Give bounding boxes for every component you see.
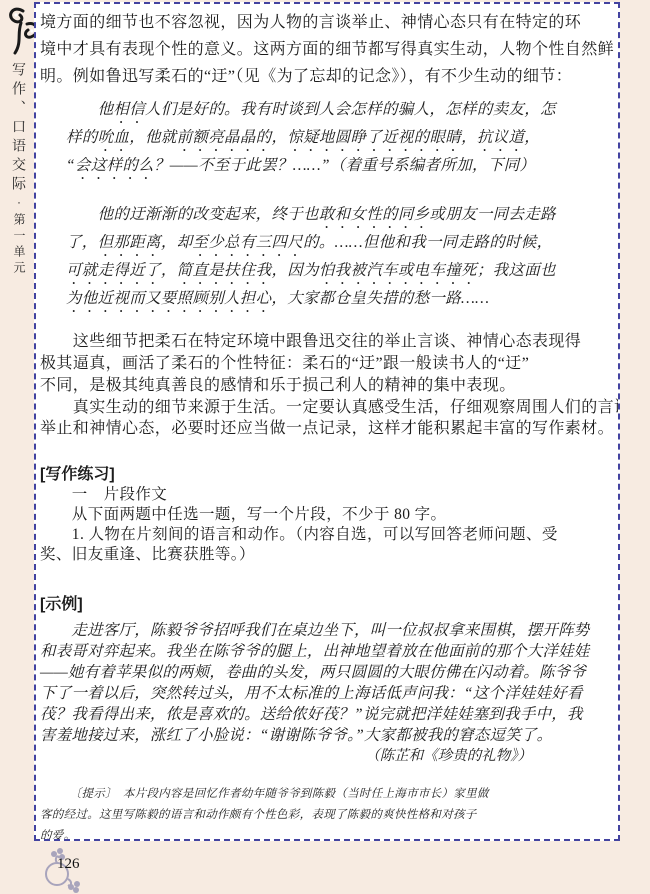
text-line: 〔提示〕 本片段内容是回忆作者幼年随爷爷到陈毅（当时任上海市市长）家里做 bbox=[40, 784, 610, 805]
quote-roushi-1: 他相信人们是好的。我有时谈到人会怎样的骗人，怎样的卖友，怎样的吮血，他就前额亮晶… bbox=[66, 99, 610, 183]
text-line: 1. 人物在片刻间的语言和动作。（内容自选，可以写回答老师问题、受 bbox=[40, 525, 610, 545]
text-line: 茷？我看得出来，侬是喜欢的。送给侬好茷？”说完就把洋娃娃塞到我手中，我 bbox=[40, 704, 610, 725]
practice-intro: 从下面两题中任选一题，写一个片段，不少于 80 字。 bbox=[40, 505, 610, 525]
text-line: 真实生动的细节来源于生活。一定要认真感受生活，仔细观察周围人们的言谈 bbox=[40, 397, 610, 418]
text-line: 举止和神情心态，必要时还应当做一点记录，这样才能积累起丰富的写作素材。 bbox=[40, 418, 610, 439]
section-header-writing-practice: [写作练习] bbox=[40, 465, 610, 485]
sidebar-unit-label-main: 写作、口语交际 bbox=[11, 62, 27, 195]
text-line: 他的迂渐渐的改变起来，终于也敢和女性的同乡或朋友一同去走路 bbox=[66, 204, 610, 232]
text-line: 下了一着以后，突然转过头，用不太标准的上海话低声问我：“这个洋娃娃好看 bbox=[40, 683, 610, 704]
sidebar-unit-label: 写作、口语交际·第一单元 bbox=[9, 62, 29, 277]
text-line: 走进客厅，陈毅爷爷招呼我们在桌边坐下，叫一位叔叔拿来围棋，摆开阵势 bbox=[40, 620, 610, 641]
sidebar-unit-label-sub: ·第一单元 bbox=[12, 195, 26, 277]
text-line: 极其逼真，画活了柔石的个性特征：柔石的“迂”跟一般读书人的“迂” bbox=[40, 353, 610, 375]
example-attribution: （陈芷和《珍贵的礼物》） bbox=[40, 746, 610, 767]
text-line: 他相信人们是好的。我有时谈到人会怎样的骗人，怎样的卖友，怎 bbox=[66, 99, 610, 127]
example-hint: 〔提示〕 本片段内容是回忆作者幼年随爷爷到陈毅（当时任上海市市长）家里做客的经过… bbox=[40, 784, 610, 841]
text-line: 了，但那距离，却至少总有三四尺的。……但他和我一同走路的时候， bbox=[66, 232, 610, 260]
paragraph-analysis: 这些细节把柔石在特定环境中跟鲁迅交往的举止言谈、神情心态表现得极其逼真，画活了柔… bbox=[40, 331, 610, 397]
text-line: 不同，是极其纯真善良的感情和乐于损己利人的精神的集中表现。 bbox=[40, 375, 610, 397]
paragraph-observe-life: 真实生动的细节来源于生活。一定要认真感受生活，仔细观察周围人们的言谈举止和神情心… bbox=[40, 397, 610, 439]
page-number: 126 bbox=[57, 856, 80, 873]
text-line: “会这样的么？——不至于此罢？……”（着重号系编者所加，下同） bbox=[66, 155, 610, 183]
text-line: 和表哥对弈起来。我坐在陈爷爷的腿上，出神地望着放在他面前的那个大洋娃娃 bbox=[40, 641, 610, 662]
text-line: 可就走得近了，简直是扶住我，因为怕我被汽车或电车撞死；我这面也 bbox=[66, 260, 610, 288]
content-sheet: 境方面的细节也不容忽视，因为人物的言谈举止、神情心态只有在特定的环境中才具有表现… bbox=[34, 2, 620, 841]
book-page: { "page": { "background_color": "#f7ebe1… bbox=[0, 0, 650, 894]
text-line: 的爱。 bbox=[40, 826, 610, 841]
text-line: 明。例如鲁迅写柔石的“迂”（见《为了忘却的记念》），有不少生动的细节： bbox=[40, 63, 610, 90]
text-line: 为他近视而又要照顾别人担心，大家都仓皇失措的愁一路…… bbox=[66, 288, 610, 316]
text-line: 害羞地接过来，涨红了小脸说：“谢谢陈爷爷。”大家都被我的窘态逗笑了。 bbox=[40, 725, 610, 746]
text-line: 这些细节把柔石在特定环境中跟鲁迅交往的举止言谈、神情心态表现得 bbox=[40, 331, 610, 353]
practice-subtitle: 一 片段作文 bbox=[40, 485, 610, 505]
text-line: 样的吮血，他就前额亮晶晶的，惊疑地圆睁了近视的眼睛，抗议道， bbox=[66, 127, 610, 155]
text-line: 境方面的细节也不容忽视，因为人物的言谈举止、神情心态只有在特定的环 bbox=[40, 9, 610, 36]
text-line: ——她有着苹果似的两颊，卷曲的头发，两只圆圆的大眼仿佛在闪动着。陈爷爷 bbox=[40, 662, 610, 683]
practice-item-1: 1. 人物在片刻间的语言和动作。（内容自选，可以写回答老师问题、受奖、旧友重逢、… bbox=[40, 525, 610, 565]
example-quote: 走进客厅，陈毅爷爷招呼我们在桌边坐下，叫一位叔叔拿来围棋，摆开阵势和表哥对弈起来… bbox=[40, 620, 610, 746]
writing-practice-block: 一 片段作文 从下面两题中任选一题，写一个片段，不少于 80 字。 1. 人物在… bbox=[40, 485, 610, 565]
section-header-example: [示例] bbox=[40, 595, 610, 615]
text-line: 奖、旧友重逢、比赛获胜等。） bbox=[40, 545, 610, 565]
quote-roushi-2: 他的迂渐渐的改变起来，终于也敢和女性的同乡或朋友一同去走路了，但那距离，却至少总… bbox=[66, 204, 610, 316]
text-line: 境中才具有表现个性的意义。这两方面的细节都写得真实生动，人物个性自然鲜 bbox=[40, 36, 610, 63]
page-footer: 126 bbox=[40, 846, 100, 892]
text-line: 客的经过。这里写陈毅的语言和动作颇有个性色彩，表现了陈毅的爽快性格和对孩子 bbox=[40, 805, 610, 826]
paragraph-environment-details: 境方面的细节也不容忽视，因为人物的言谈举止、神情心态只有在特定的环境中才具有表现… bbox=[40, 9, 610, 90]
